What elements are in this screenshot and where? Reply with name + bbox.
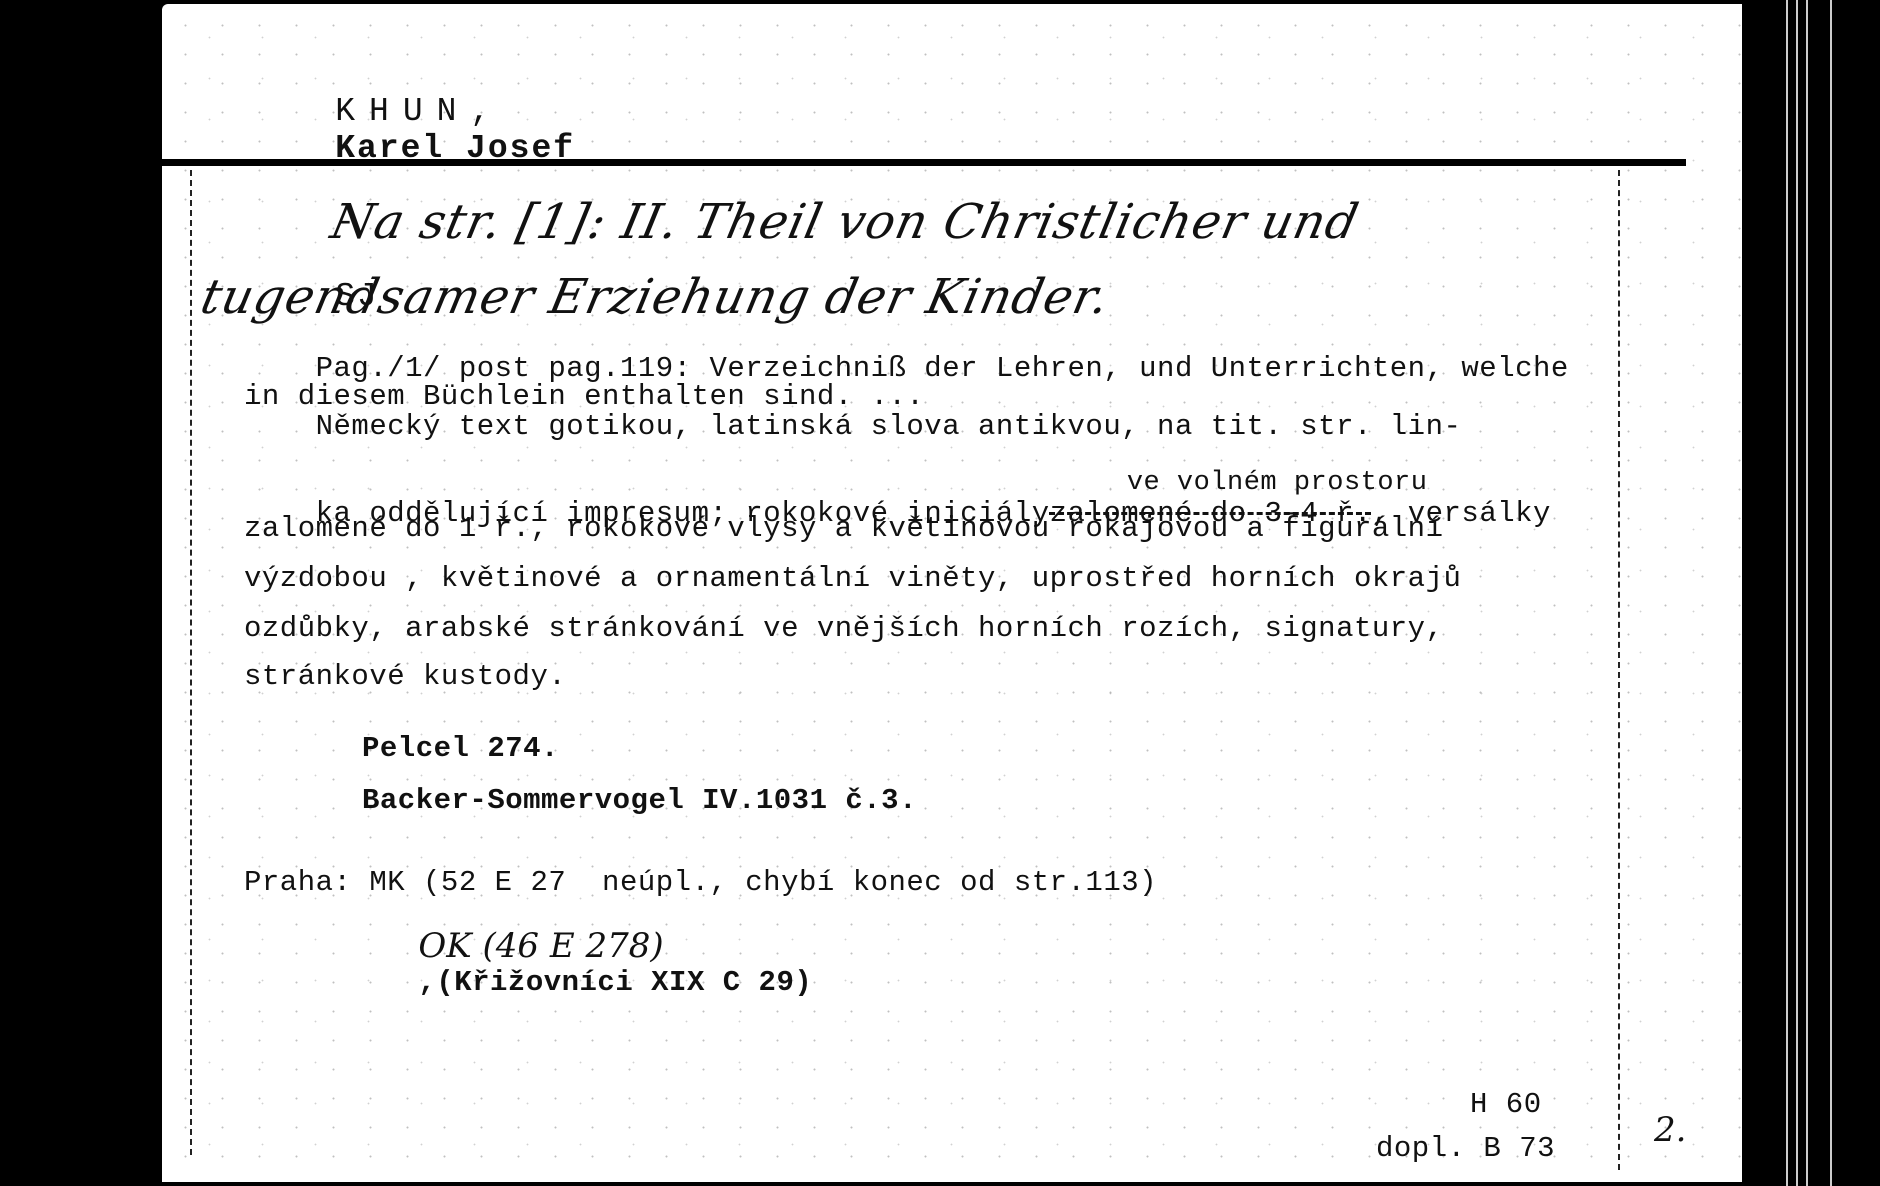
catalog-card: KHUN, Karel Josef - SJ Na str. [1]: II. … <box>162 4 1742 1182</box>
scan-edge-line <box>1830 0 1832 1186</box>
left-margin-line <box>190 170 192 1155</box>
scan-edge-line <box>1796 0 1798 1186</box>
holdings-line-1: Praha: MK (52 E 27 neúpl., chybí konec o… <box>244 866 1157 899</box>
author-surname: KHUN, <box>335 93 504 130</box>
handwritten-holding: OK (46 E 278) <box>418 926 663 966</box>
description-line-5: zalomené do 1 ř., rokokové vlysy a květi… <box>244 512 1444 545</box>
scan-edge-line <box>1786 0 1788 1186</box>
right-margin-line <box>1618 170 1620 1170</box>
reference-backer-sommervogel: Backer-Sommervogel IV.1031 č.3. <box>362 784 917 817</box>
scan-edge-line <box>1806 0 1808 1186</box>
typed-holding: ,(Křižovníci XIX C 29) <box>418 966 812 999</box>
description-line-6: výzdobou , květinové a ornamentální vině… <box>244 562 1461 595</box>
card-page-number: 2. <box>1654 1110 1686 1150</box>
handwritten-title-line-1: Na str. [1]: II. Theil von Christlicher … <box>326 194 1364 250</box>
reference-pelcel: Pelcel 274. <box>362 732 559 765</box>
description-line-2: in diesem Büchlein enthalten sind. ... <box>244 380 924 413</box>
description-line-7: ozdůbky, arabské stránkování ve vnějších… <box>244 612 1444 645</box>
shelfmark-line-1: H 60 <box>1470 1088 1542 1121</box>
handwritten-title-line-2: tugendsamer Erziehung der Kinder. <box>196 269 1115 325</box>
description-line-8: stránkové kustody. <box>244 660 566 693</box>
shelfmark-line-2: dopl. B 73 <box>1376 1132 1555 1165</box>
holdings-line-2: OK (46 E 278) ,(Křižovníci XIX C 29) <box>380 908 812 1017</box>
header-rule <box>162 159 1686 166</box>
